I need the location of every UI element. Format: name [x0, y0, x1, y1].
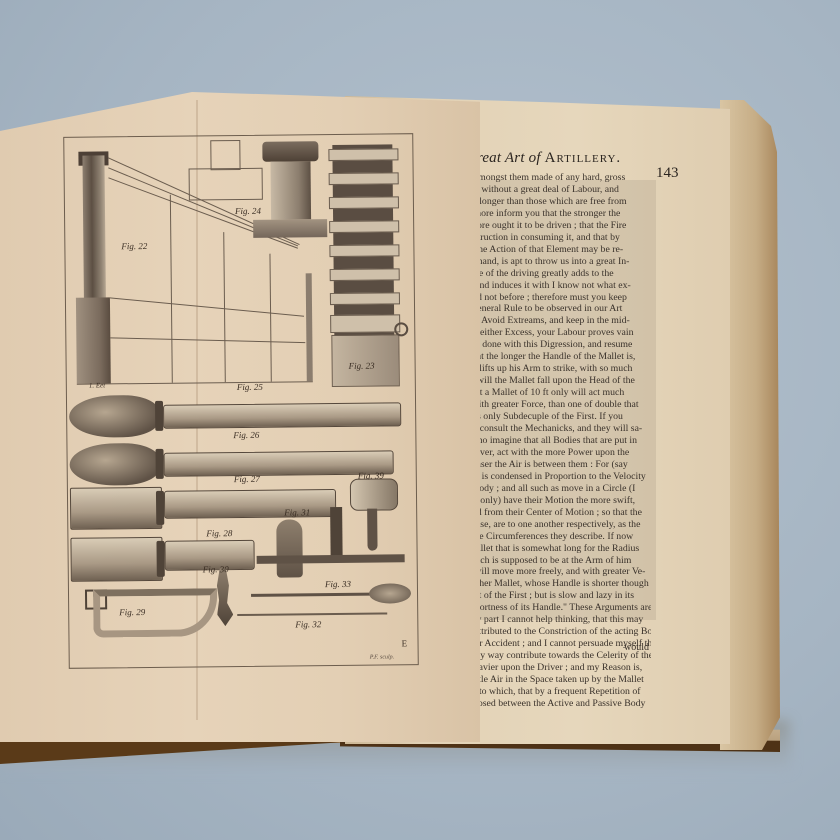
text-line: bolist lifts up his Arm to strike, with … [455, 363, 651, 375]
text-line: n be attributed to the Constriction of t… [455, 626, 651, 638]
text-line: allet will move more freely, and with gr… [455, 566, 651, 578]
fig25-baseline [77, 381, 313, 384]
running-head-title: Artillery. [545, 150, 621, 166]
fig-label: Fig. 24 [235, 206, 261, 216]
fig39-mallet-handle [367, 509, 377, 551]
fig22-vertical [269, 254, 271, 382]
mallet-handle [163, 402, 401, 428]
text-line: this case, are to one another respective… [455, 519, 651, 531]
page-number: 143 [656, 165, 679, 182]
fig-label: Fig. 29 [119, 607, 145, 617]
fig-label: Fig. 33 [325, 579, 351, 589]
fig-label: Fig. 25 [237, 382, 263, 392]
text-line: ence the Action of that Element may be r… [455, 244, 651, 256]
text-line: n another Mallet, whose Handle is shorte… [455, 578, 651, 590]
text-line: he Air is condensed in Proportion to the… [455, 471, 651, 483]
text-line: atem : Avoid Extreams, and keep in the m… [455, 315, 651, 327]
text-line: f a Mallet that is somewhat long for the… [455, 543, 651, 555]
mallet-head-cylinder [70, 487, 162, 530]
text-line: idated without a great deal of Labour, a… [455, 184, 651, 196]
fig39-mallet-head [350, 478, 398, 511]
text-line: s have done with this Digression, and re… [455, 339, 651, 351]
text-line: iolence of the driving greatly adds to t… [455, 268, 651, 280]
text-line: end with greater Force, than one of doub… [455, 399, 651, 411]
text-line: the heavier upon the Driver ; and my Rea… [455, 662, 651, 674]
text-line: ting Body ; and all such as move in a Ci… [455, 483, 651, 495]
fig-label: Fig. 26 [233, 430, 259, 440]
text-line: ed that of the First ; but is slow and l… [455, 590, 651, 602]
fig24-block [189, 168, 263, 201]
fig31-bench [257, 554, 405, 564]
text-line: coal amongst them made of any hard, gros… [455, 172, 651, 184]
text-line: tion, and induces it with I know not wha… [455, 280, 651, 292]
mallet-head [69, 395, 159, 438]
fig23-band [328, 148, 398, 161]
fig25-line [110, 297, 304, 316]
fig31-press-frame [330, 507, 343, 557]
mallet-handle [164, 489, 336, 519]
mallet-collar [155, 401, 163, 431]
fig22-vertical [170, 195, 173, 383]
fig23-band [330, 314, 400, 333]
text-line: as a general Rule to be observed in our … [455, 303, 651, 315]
fig-label: Fig. 23 [349, 361, 375, 371]
fig23-band [329, 244, 399, 257]
fig-label: Fig. 30 [203, 564, 229, 574]
fig24-base [253, 219, 327, 238]
text-line: y other Accident ; and I cannot persuade… [455, 638, 651, 650]
mallet-head [69, 443, 159, 486]
text-line: ower will the Mallet fall upon the Head … [455, 375, 651, 387]
text-line: much longer than those which are free fr… [455, 196, 651, 208]
fig-label: Fig. 28 [206, 528, 232, 538]
fig23-band [329, 220, 399, 233]
fig-label: Fig. 27 [234, 474, 260, 484]
text-line: ose who imagine that all Bodies that are… [455, 435, 651, 447]
fig29-belt [93, 588, 217, 637]
text-line: So that a Mallet of 10 ft only will act … [455, 387, 651, 399]
fig32-chain [237, 612, 387, 616]
fig-label: 1. Eet [89, 381, 105, 389]
catchword: would [624, 642, 649, 653]
plate-letter: E [401, 638, 407, 648]
text-line: but little Air in the Space taken up by … [455, 674, 651, 686]
fig31-worker [276, 519, 303, 577]
fig22-vertical [223, 232, 226, 382]
text-line: rthermore inform you that the stronger t… [455, 208, 651, 220]
fig23-band [329, 196, 399, 209]
fig-label: Fig. 31 [284, 507, 310, 517]
fig24-small-box [210, 140, 240, 170]
text-line: of which is supposed to be at the Arm of… [455, 555, 651, 567]
mallet-head-cylinder [70, 537, 162, 582]
body-text: coal amongst them made of any hard, gros… [455, 172, 651, 710]
text-line: he denser the Air is between them : For … [455, 459, 651, 471]
engraver-signature: P.F. sculp. [370, 654, 395, 660]
fig24-capital [262, 141, 318, 162]
fig25-line [110, 337, 305, 343]
mallet-collar [155, 449, 163, 479]
fig23-band [330, 268, 400, 281]
text-line: en, that the longer the Handle of the Ma… [455, 351, 651, 363]
fig-label: Fig. 32 [295, 619, 321, 629]
fig33-bulb [369, 583, 411, 603]
text-line: interposed between the Active and Passiv… [455, 698, 651, 710]
text-line: the more ought it to be driven ; that th… [455, 220, 651, 232]
fig23-band [330, 292, 400, 305]
text-line: , it had not before ; therefore must you… [455, 292, 651, 304]
fig24-shaft [270, 161, 311, 219]
text-line: g into either Excess, your Labour proves… [455, 327, 651, 339]
text-line: can any way contribute towards the Celer… [455, 650, 651, 662]
text-line: lotion only) have their Motion the more … [455, 495, 651, 507]
text-line: e Obstruction in consuming it, and that … [455, 232, 651, 244]
text-line: and the Circumferences they describe. If… [455, 531, 651, 543]
text-line: : Add to which, that by a frequent Repet… [455, 686, 651, 698]
text-line: moved from their Center of Motion ; so t… [455, 507, 651, 519]
fig23-band [329, 172, 399, 185]
fig23-ring [394, 322, 408, 336]
fig-label: Fig. 22 [121, 241, 147, 251]
text-line: hatsoever, act with the more Power upon … [455, 447, 651, 459]
text-line: the Shortness of its Handle." These Argu… [455, 602, 651, 614]
fig22-right-post [306, 273, 313, 381]
engraved-plate: Fig. 22 1. Eet Fig. 25 Fig. 24 Fig. 23 F… [63, 133, 419, 669]
text-line: f this, consult the Mechanicks, and they… [455, 423, 651, 435]
text-line: ndle is only Subdecuple of the First. If… [455, 411, 651, 423]
text-line: for my part I cannot help thinking, that… [455, 614, 651, 626]
fig22-column-base [76, 297, 111, 383]
text-line: other hand, is apt to throw us into a gr… [455, 256, 651, 268]
